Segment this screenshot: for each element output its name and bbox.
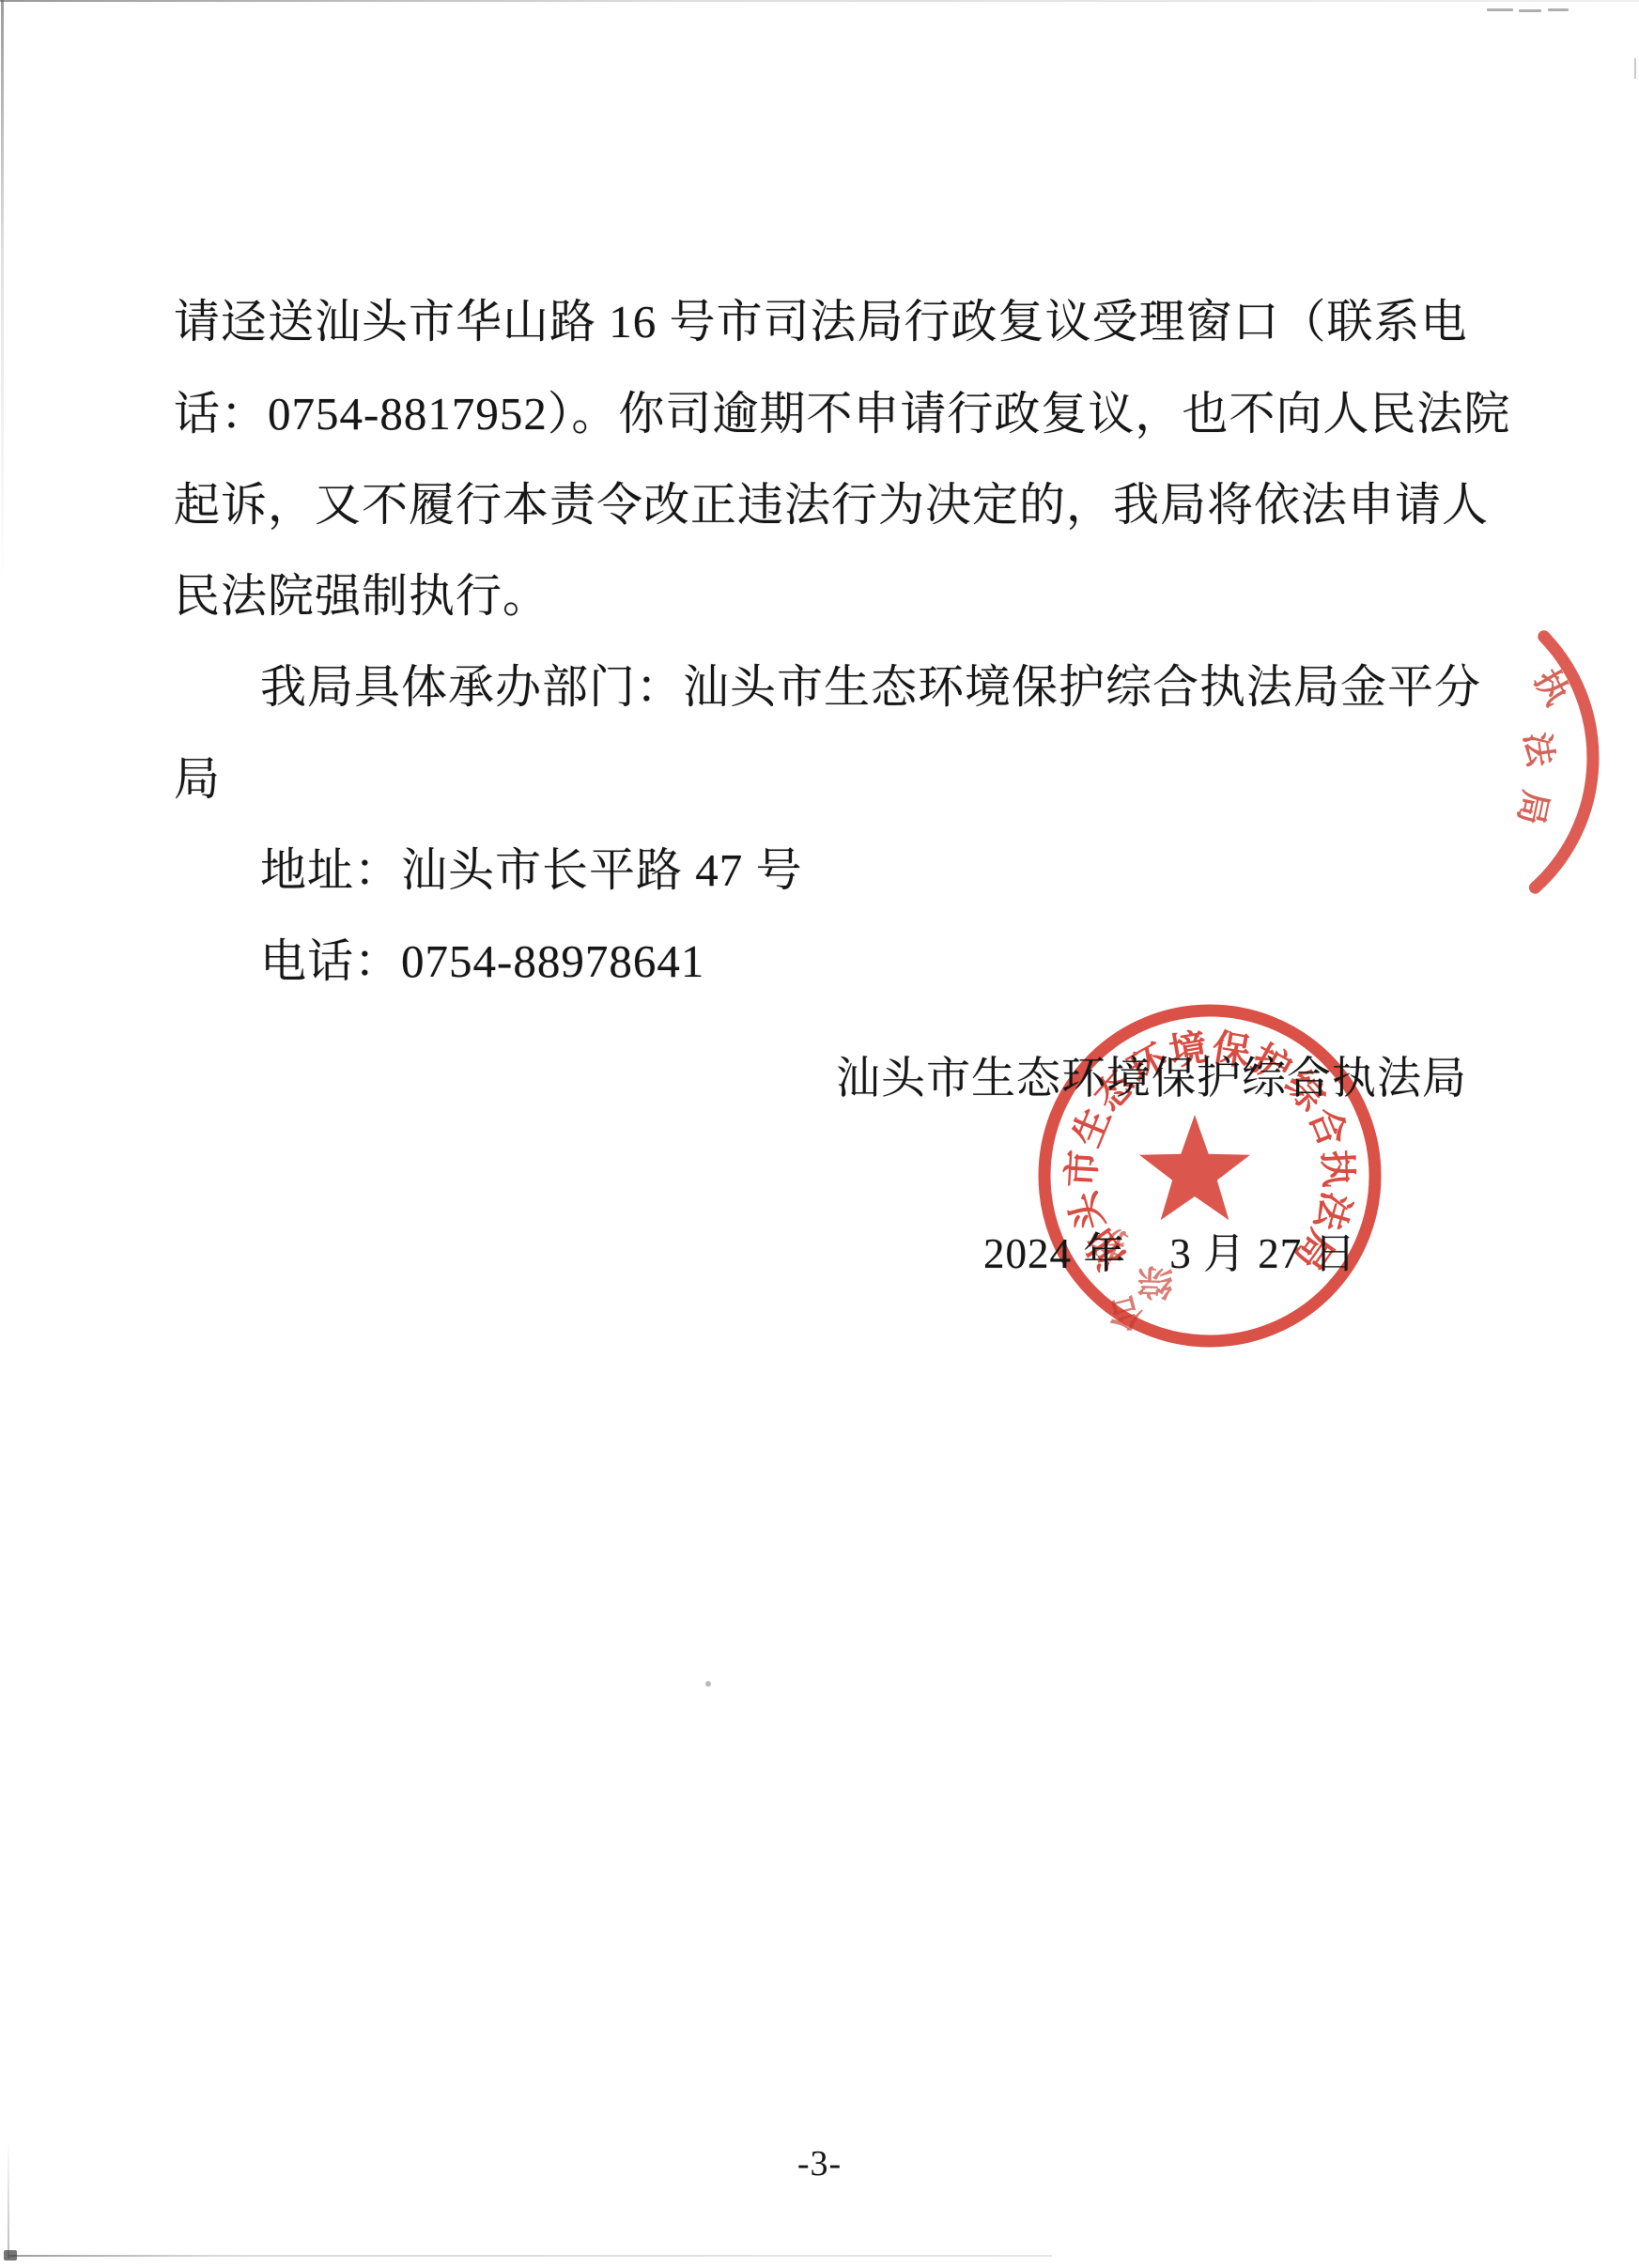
scan-dash-mark [1487,8,1513,11]
seal-star-icon [1139,1115,1250,1220]
body-line: 话：0754-8817952）。你司逾期不申请行政复议，也不向人民法院 [174,391,1510,437]
ghost-seal-partial: 执 法 局 [1334,582,1639,958]
scan-speck [705,1681,711,1687]
issuing-authority-signature: 汕头市生态环境保护综合执法局 [836,1057,1467,1102]
document-page: 执 法 局 汕头市生态环境保护综合执法局 护 综 合 请迳送汕头市华山路 16 … [0,0,1639,2268]
body-line: 请迳送汕头市华山路 16 号市司法局行政复议受理窗口（联系电 [174,299,1468,345]
scan-edge-bottom [9,2255,1052,2257]
seal-ring-character: 执 [1315,1149,1359,1188]
scan-edge-top [0,0,1639,2]
scan-tick-mark [1634,58,1636,79]
body-line: 民法院强制执行。 [174,573,549,619]
phone-line: 电话：0754-88978641 [260,938,704,984]
page-number: -3- [0,2143,1639,2184]
seal-ring-character: 市 [1060,1149,1105,1188]
scan-dash-mark [1548,8,1569,11]
scan-corner-mark [4,2250,17,2260]
body-line: 起诉，又不履行本责令改正违法行为决定的，我局将依法申请人 [174,482,1489,528]
address-line: 地址：汕头市长平路 47 号 [260,847,803,893]
official-seal: 汕头市生态环境保护综合执法局 护 综 合 [1022,988,1398,1364]
body-line: 我局具体承办部门：汕头市生态环境保护综合执法局金平分 [260,664,1481,710]
body-line: 局 [174,756,221,802]
ghost-seal-character: 局 [1511,787,1555,828]
issue-date: 2024 年 3 月 27 日 [983,1233,1357,1275]
scan-edge-left [1,0,4,582]
scan-dash-mark [1519,9,1541,12]
ghost-seal-character: 法 [1518,730,1560,769]
